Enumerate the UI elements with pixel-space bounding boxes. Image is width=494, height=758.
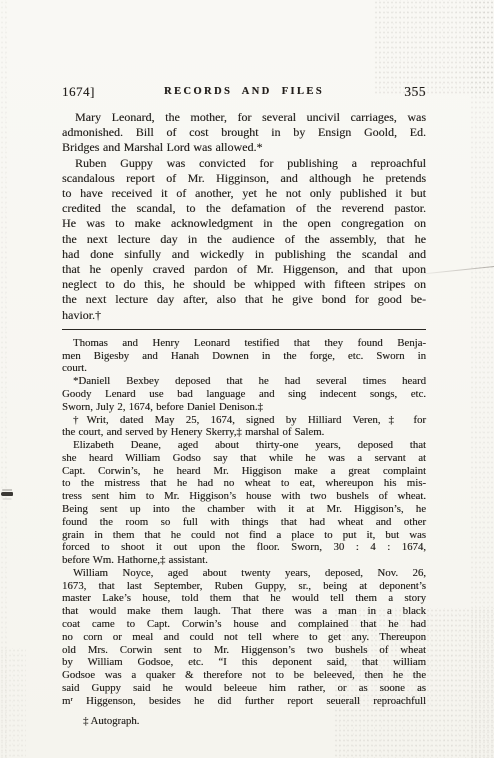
footnotes: Thomas and Henry Leonard testified that … [62, 337, 426, 708]
text-line: scandalous report of Mr. Higginson, and … [62, 171, 426, 186]
text-line: Elizabeth Deane, aged about thirty-one y… [62, 439, 426, 452]
text-line: had done sinfully and wickedly in publis… [62, 247, 426, 262]
text-line: William Noyce, aged about twenty years, … [62, 567, 426, 580]
text-column: 1674] RECORDS AND FILES 355 Mary Leonard… [62, 84, 426, 727]
text-line: the court, and served by Henery Skerry,‡… [62, 426, 426, 439]
running-head: 1674] RECORDS AND FILES 355 [62, 84, 426, 100]
text-line: *Daniell Bexbey deposed that he had seve… [62, 375, 426, 388]
text-line: master Lake’s house, told them that he w… [62, 592, 426, 605]
paragraph: Thomas and Henry Leonard testified that … [62, 337, 426, 375]
text-line: He was to make acknowledgment in the ope… [62, 216, 426, 231]
text-line: court. [62, 362, 426, 375]
paper-grain-bottom-left [0, 648, 26, 758]
book-page: 1674] RECORDS AND FILES 355 Mary Leonard… [0, 0, 494, 758]
text-line: havior.† [62, 308, 426, 323]
paper-grain-top-right [374, 0, 494, 95]
text-line: Bridges and Marshal Lord was allowed.* [62, 140, 426, 155]
paragraph: Elizabeth Deane, aged about thirty-one y… [62, 439, 426, 567]
text-line: coat came to Capt. Corwin’s house and co… [62, 618, 426, 631]
text-line: old Mrs. Corwin sent to Mr. Higgenson’s … [62, 644, 426, 657]
text-line: before Wm. Hathorne,‡ assistant. [62, 554, 426, 567]
text-line: by William Godsoe, etc. “I this deponent… [62, 656, 426, 669]
paragraph: William Noyce, aged about twenty years, … [62, 567, 426, 708]
text-line: 1673, that last September, Ruben Guppy, … [62, 580, 426, 593]
text-line: credited the scandal, to the defamation … [62, 201, 426, 216]
text-line: tress sent him to Mr. Higgison’s house w… [62, 490, 426, 503]
text-line: men Bigesby and Hanah Downen in the forg… [62, 350, 426, 363]
page-number: 355 [404, 84, 426, 100]
text-line: found the room so full with things that … [62, 516, 426, 529]
paragraph: Ruben Guppy was convicted for publishing… [62, 156, 426, 323]
text-line: that he openly craved pardon of Mr. Higg… [62, 262, 426, 277]
running-title: RECORDS AND FILES [164, 86, 324, 97]
main-text: Mary Leonard, the mother, for several un… [62, 110, 426, 323]
text-line: mʳ Higgenson, besides he did further rep… [62, 695, 426, 708]
text-line: Being sent up into the chamber with it a… [62, 503, 426, 516]
text-line: forced to shoot it out upon the floor. S… [62, 541, 426, 554]
text-line: Goody Lenard use bad language and sing i… [62, 388, 426, 401]
text-line: admonished. Bill of cost brought in by E… [62, 125, 426, 140]
text-line: no corn or meal and could not tell where… [62, 631, 426, 644]
paragraph: *Daniell Bexbey deposed that he had seve… [62, 375, 426, 413]
text-line: the next lecture day after, also that he… [62, 292, 426, 307]
paper-grain-left-edge [0, 0, 7, 758]
text-line: Capt. Corwin’s, he heard Mr. Higgison ma… [62, 465, 426, 478]
text-line: Godsoe was a quaker & therefore not to b… [62, 669, 426, 682]
text-line: Sworn, July 2, 1674, before Daniel Denis… [62, 401, 426, 414]
scan-edge-mark [1, 492, 13, 496]
paragraph: Mary Leonard, the mother, for several un… [62, 110, 426, 156]
paragraph: †Writ, dated May 25, 1674, signed by Hil… [62, 414, 426, 440]
text-line: that would make them laugh. That there w… [62, 605, 426, 618]
text-line: to the mistress that he had no wheat to … [62, 477, 426, 490]
text-line: neglect to do this, he should be whipped… [62, 277, 426, 292]
footnote-divider [62, 329, 426, 330]
text-line: Thomas and Henry Leonard testified that … [62, 337, 426, 350]
text-line: she heard William Godso say that while h… [62, 452, 426, 465]
text-line: †Writ, dated May 25, 1674, signed by Hil… [62, 414, 426, 427]
text-line: the next lecture day in the audience of … [62, 232, 426, 247]
text-line: grain in them that he could not find a p… [62, 529, 426, 542]
text-line: Ruben Guppy was convicted for publishing… [62, 156, 426, 171]
year-label: 1674] [62, 84, 95, 100]
paper-grain-right-edge [470, 0, 494, 758]
text-line: to have received it of another, yet he n… [62, 186, 426, 201]
text-line: said Guppy said he would beleeue him rat… [62, 682, 426, 695]
text-line: Mary Leonard, the mother, for several un… [62, 110, 426, 125]
autograph-note: ‡ Autograph. [62, 715, 426, 727]
